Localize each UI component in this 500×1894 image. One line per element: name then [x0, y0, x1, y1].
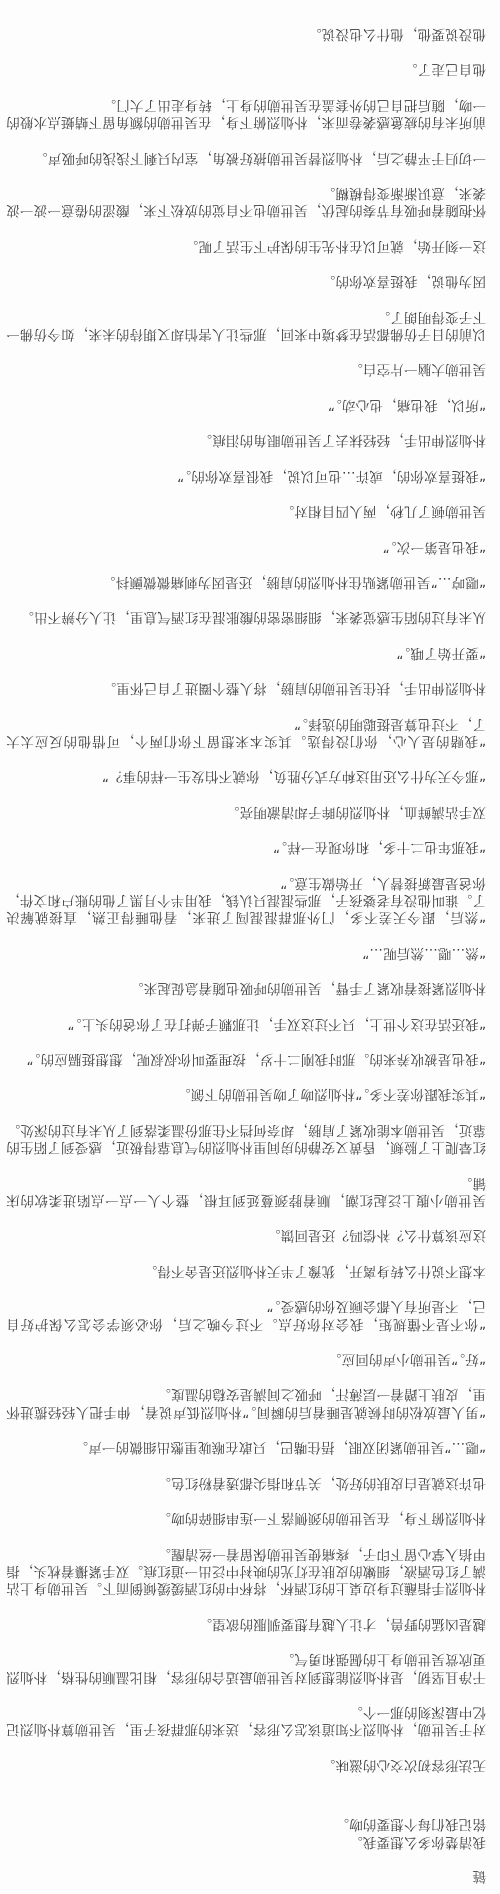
paragraph: 朴灿烈紧接着收紧了手臂，吴世勋的呼吸也随着急促起来。: [6, 979, 486, 996]
screenshot-canvas: 链我清楚你多么想要我。 铭记我们每个想要的吻。无法形容初次交心的滋味。对于吴世勋…: [0, 0, 500, 1894]
paragraph: “好。”吴世勋小声的回应。: [6, 1350, 486, 1367]
paragraph: 对于吴世勋，朴灿烈不知道该怎么形容，送来的那群孩子里，吴世勋算朴灿烈记忆中最深刻…: [6, 1703, 486, 1738]
paragraph: 红晕爬上了脸颊，昏黄又安静的房间里朴灿烈的气息靠得极近，感受到了陌生的靠近，吴世…: [6, 1120, 486, 1155]
paragraph: “我那年也二十多，和你现在一样。”: [6, 838, 486, 855]
paragraph: 前所未有的疲惫感袭卷而来，朴灿烈俯下身，在吴世勋的额角留下蜻蜓点水般的一吻，随后…: [6, 95, 486, 130]
paragraph: 越是凶猛的野兽，才让人越有想要驯服的欲望。: [6, 1614, 486, 1631]
paragraph: “男人最放松的时候就是睡着后的瞬间。”朴灿烈低声说着，伸手把人轻轻揽进怀里，皮肤…: [6, 1385, 486, 1420]
paragraph: “我赌的是人心，你们没得选。其实本来想留下你们两个，可惜他的反应太大了，不过也算…: [6, 714, 486, 749]
paragraph: 我清楚你多么想要我。 铭记我们每个想要的吻。: [6, 1815, 486, 1850]
paragraph: 这应该算什么？补偿吗？还是回馈。: [6, 1226, 486, 1243]
paragraph: “其实我跟你差不多。”朴灿烈吻了吻吴世勋的下颌。: [6, 1085, 486, 1102]
paragraph: “嗯哼…”吴世勋紧贴住朴灿烈的肩膀，还是因为刺痛微微颤抖。: [6, 573, 486, 590]
paragraph: “我也是被收养来的。那时我刚二十岁，按理要叫你叔叔呢，想想挺膈应的。”: [6, 1050, 486, 1067]
paragraph: “然后，跟今天差不多，门外那群混混闯了进来，看他睡得正熟，直接就解决了。谁叫他没…: [6, 873, 486, 925]
page-corner-glyph: 链: [6, 1867, 486, 1884]
paragraph: 本想不说什么转身离开，犹豫了半天朴灿烈还是舍不得。: [6, 1261, 486, 1278]
paragraph: “我也是第一次。”: [6, 537, 486, 554]
paragraph: 怀抱随着呼吸有节奏的起伏，吴世勋也不自觉的放松下来，酸涩的倦意一波一波袭来，意识…: [6, 184, 486, 219]
paragraph: “你不是不懂规矩，我会对你好点。不过今晚之后，你必须学会怎么保护好自己，不是所有…: [6, 1297, 486, 1332]
paragraph: 干净且坚韧，是朴灿烈能想到对吴世勋最适合的形容，相比温顺的性格，朴灿烈更欣赏吴世…: [6, 1650, 486, 1685]
paragraph: 他自己走了。: [6, 60, 486, 77]
paragraph: 吴世勋小腹上泛起红潮，顺着脖颈蔓延到耳根，整个人一点一点陷进柔软的床铺。: [6, 1173, 486, 1208]
paragraph: 这一刻开始，就可以在朴先生的保护下生活了呢。: [6, 236, 486, 253]
paragraph: “那今天为什么还用这种方式分胜负，你就不怕发生一样的事？”: [6, 767, 486, 784]
paragraph: 也许这就是白皮肤的好处，关节和指尖都透着粉红色。: [6, 1473, 486, 1490]
novel-page-rotated-180: 链我清楚你多么想要我。 铭记我们每个想要的吻。无法形容初次交心的滋味。对于吴世勋…: [0, 0, 500, 1894]
paragraph: 无法形容初次交心的滋味。: [6, 1755, 486, 1772]
paragraph: “然…嗯…然后呢…”: [6, 943, 486, 960]
paragraph: “所以，我也痛，也心动。”: [6, 396, 486, 413]
paragraph: 从未有过的陌生感觉袭来，细细密密的酸胀混在红酒气息里，让人分辨不出。: [6, 608, 486, 625]
paragraph: 吴世勋大脑一片空白。: [6, 360, 486, 377]
paragraph: “嗯…”吴世勋紧闭双眼，捂住嘴巴，只敢在喉咙里憋出细微的一声。: [6, 1438, 486, 1455]
paragraph: 因为他说，我挺喜欢你的。: [6, 272, 486, 289]
paragraph: “我挺喜欢你的，或许…也可以说，我很喜欢你的。”: [6, 466, 486, 483]
paragraph: 以前的日子仿佛都活在梦境中来回，那些让人害怕却又期待的未来，如今仿佛一下子变得明…: [6, 307, 486, 342]
paragraph: 朴灿烈伸出手，轻轻抹去了吴世勋眼角的泪痕。: [6, 431, 486, 448]
paragraph: 吴世勋顿了几秒，两人四目相对。: [6, 502, 486, 519]
paragraph: “要开始了哦。”: [6, 643, 486, 660]
paragraph: 他没说要他，他什么也没说。: [6, 25, 486, 42]
paragraph: 一切归于平静之后，朴灿烈替吴世勋掖好被角，室内只剩下浅浅的呼吸声。: [6, 148, 486, 165]
paragraph: 朴灿烈手指蘸过身边桌上的红酒杯，将杯中的红酒缓缓倾倒而下。吴世勋身上沾满了红色酒…: [6, 1544, 486, 1596]
paragraph: 朴灿烈俯下身，在吴世勋的颈侧落下一连串细碎的吻。: [6, 1509, 486, 1526]
paragraph: 双手沾满鲜血，朴灿烈的眸子却清澈明亮。: [6, 802, 486, 819]
paragraph: 朴灿烈伸出手，扶住吴世勋的肩膀，将人整个圈进了自己怀里。: [6, 679, 486, 696]
paragraph: “我还活在这个世上，只不过这双手，让那颗子弹打在了你爸的头上。”: [6, 1014, 486, 1031]
